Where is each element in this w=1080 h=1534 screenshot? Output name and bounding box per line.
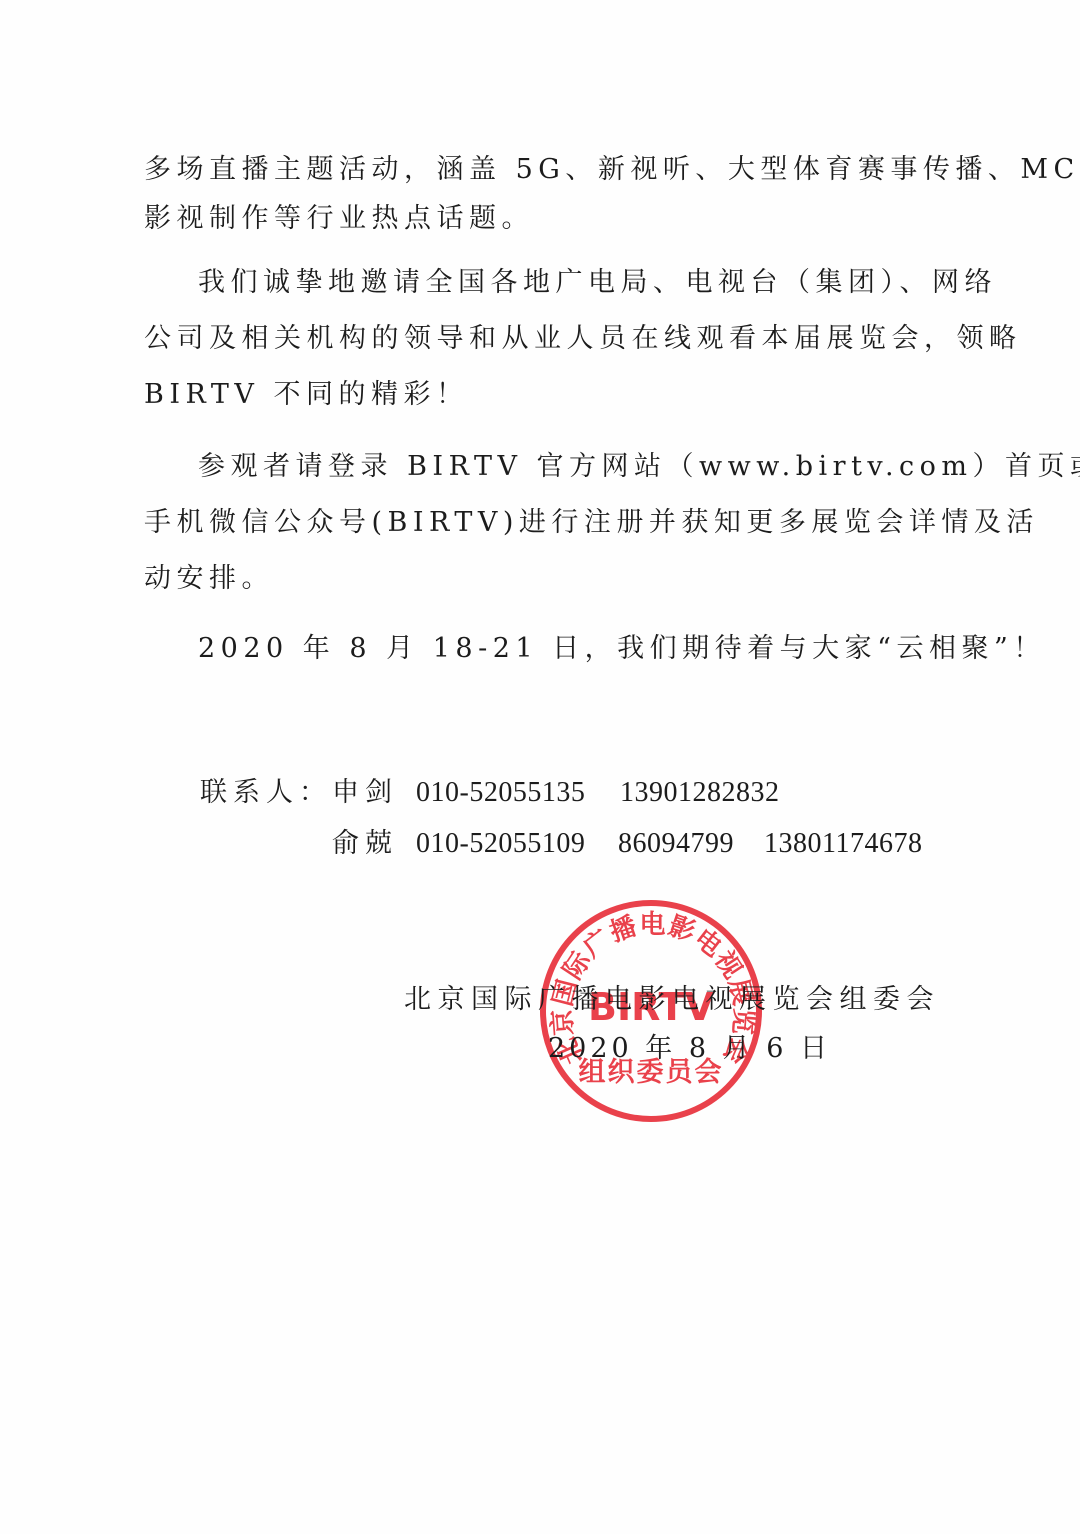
contact-phone: 13801174678 <box>764 827 922 861</box>
signature-organization: 北京国际广播电影电视展览会组委会 <box>404 983 940 1017</box>
contact-phone: 010-52055109 <box>416 827 585 861</box>
document-page: 多场直播主题活动，涵盖 5G、新视听、大型体育赛事传播、MCN、 影视制作等行业… <box>0 0 1080 1534</box>
paragraph-2-line-3: BIRTV 不同的精彩！ <box>144 378 468 412</box>
contact-name: 俞兢 <box>332 827 398 861</box>
paragraph-3-line-2: 手机微信公众号(BIRTV)进行注册并获知更多展览会详情及活 <box>144 506 1039 540</box>
contact-row-1: 联系人： 申剑 010-52055135 13901282832 <box>0 776 1080 810</box>
paragraph-2-line-2: 公司及相关机构的领导和从业人员在线观看本届展览会，领略 <box>144 322 1022 356</box>
paragraph-3-line-1: 参观者请登录 BIRTV 官方网站（www.birtv.com）首页或 <box>198 450 1080 484</box>
contact-name: 申剑 <box>332 776 398 810</box>
contact-phone: 86094799 <box>618 827 734 861</box>
paragraph-1-line-2: 影视制作等行业热点话题。 <box>144 202 534 236</box>
paragraph-4-line-1: 2020 年 8 月 18-21 日，我们期待着与大家“云相聚”！ <box>198 632 1046 666</box>
paragraph-3-line-3: 动安排。 <box>144 562 274 596</box>
paragraph-2-line-1: 我们诚挚地邀请全国各地广电局、电视台（集团）、网络 <box>198 266 997 300</box>
contact-row-2: 俞兢 010-52055109 86094799 13801174678 <box>0 827 1080 861</box>
paragraph-1-line-1: 多场直播主题活动，涵盖 5G、新视听、大型体育赛事传播、MCN、 <box>144 153 1080 187</box>
contact-phone: 13901282832 <box>620 776 780 810</box>
contact-label: 联系人： <box>200 776 332 810</box>
contact-phone: 010-52055135 <box>416 776 585 810</box>
signature-date: 2020 年 8 月 6 日 <box>548 1032 831 1066</box>
